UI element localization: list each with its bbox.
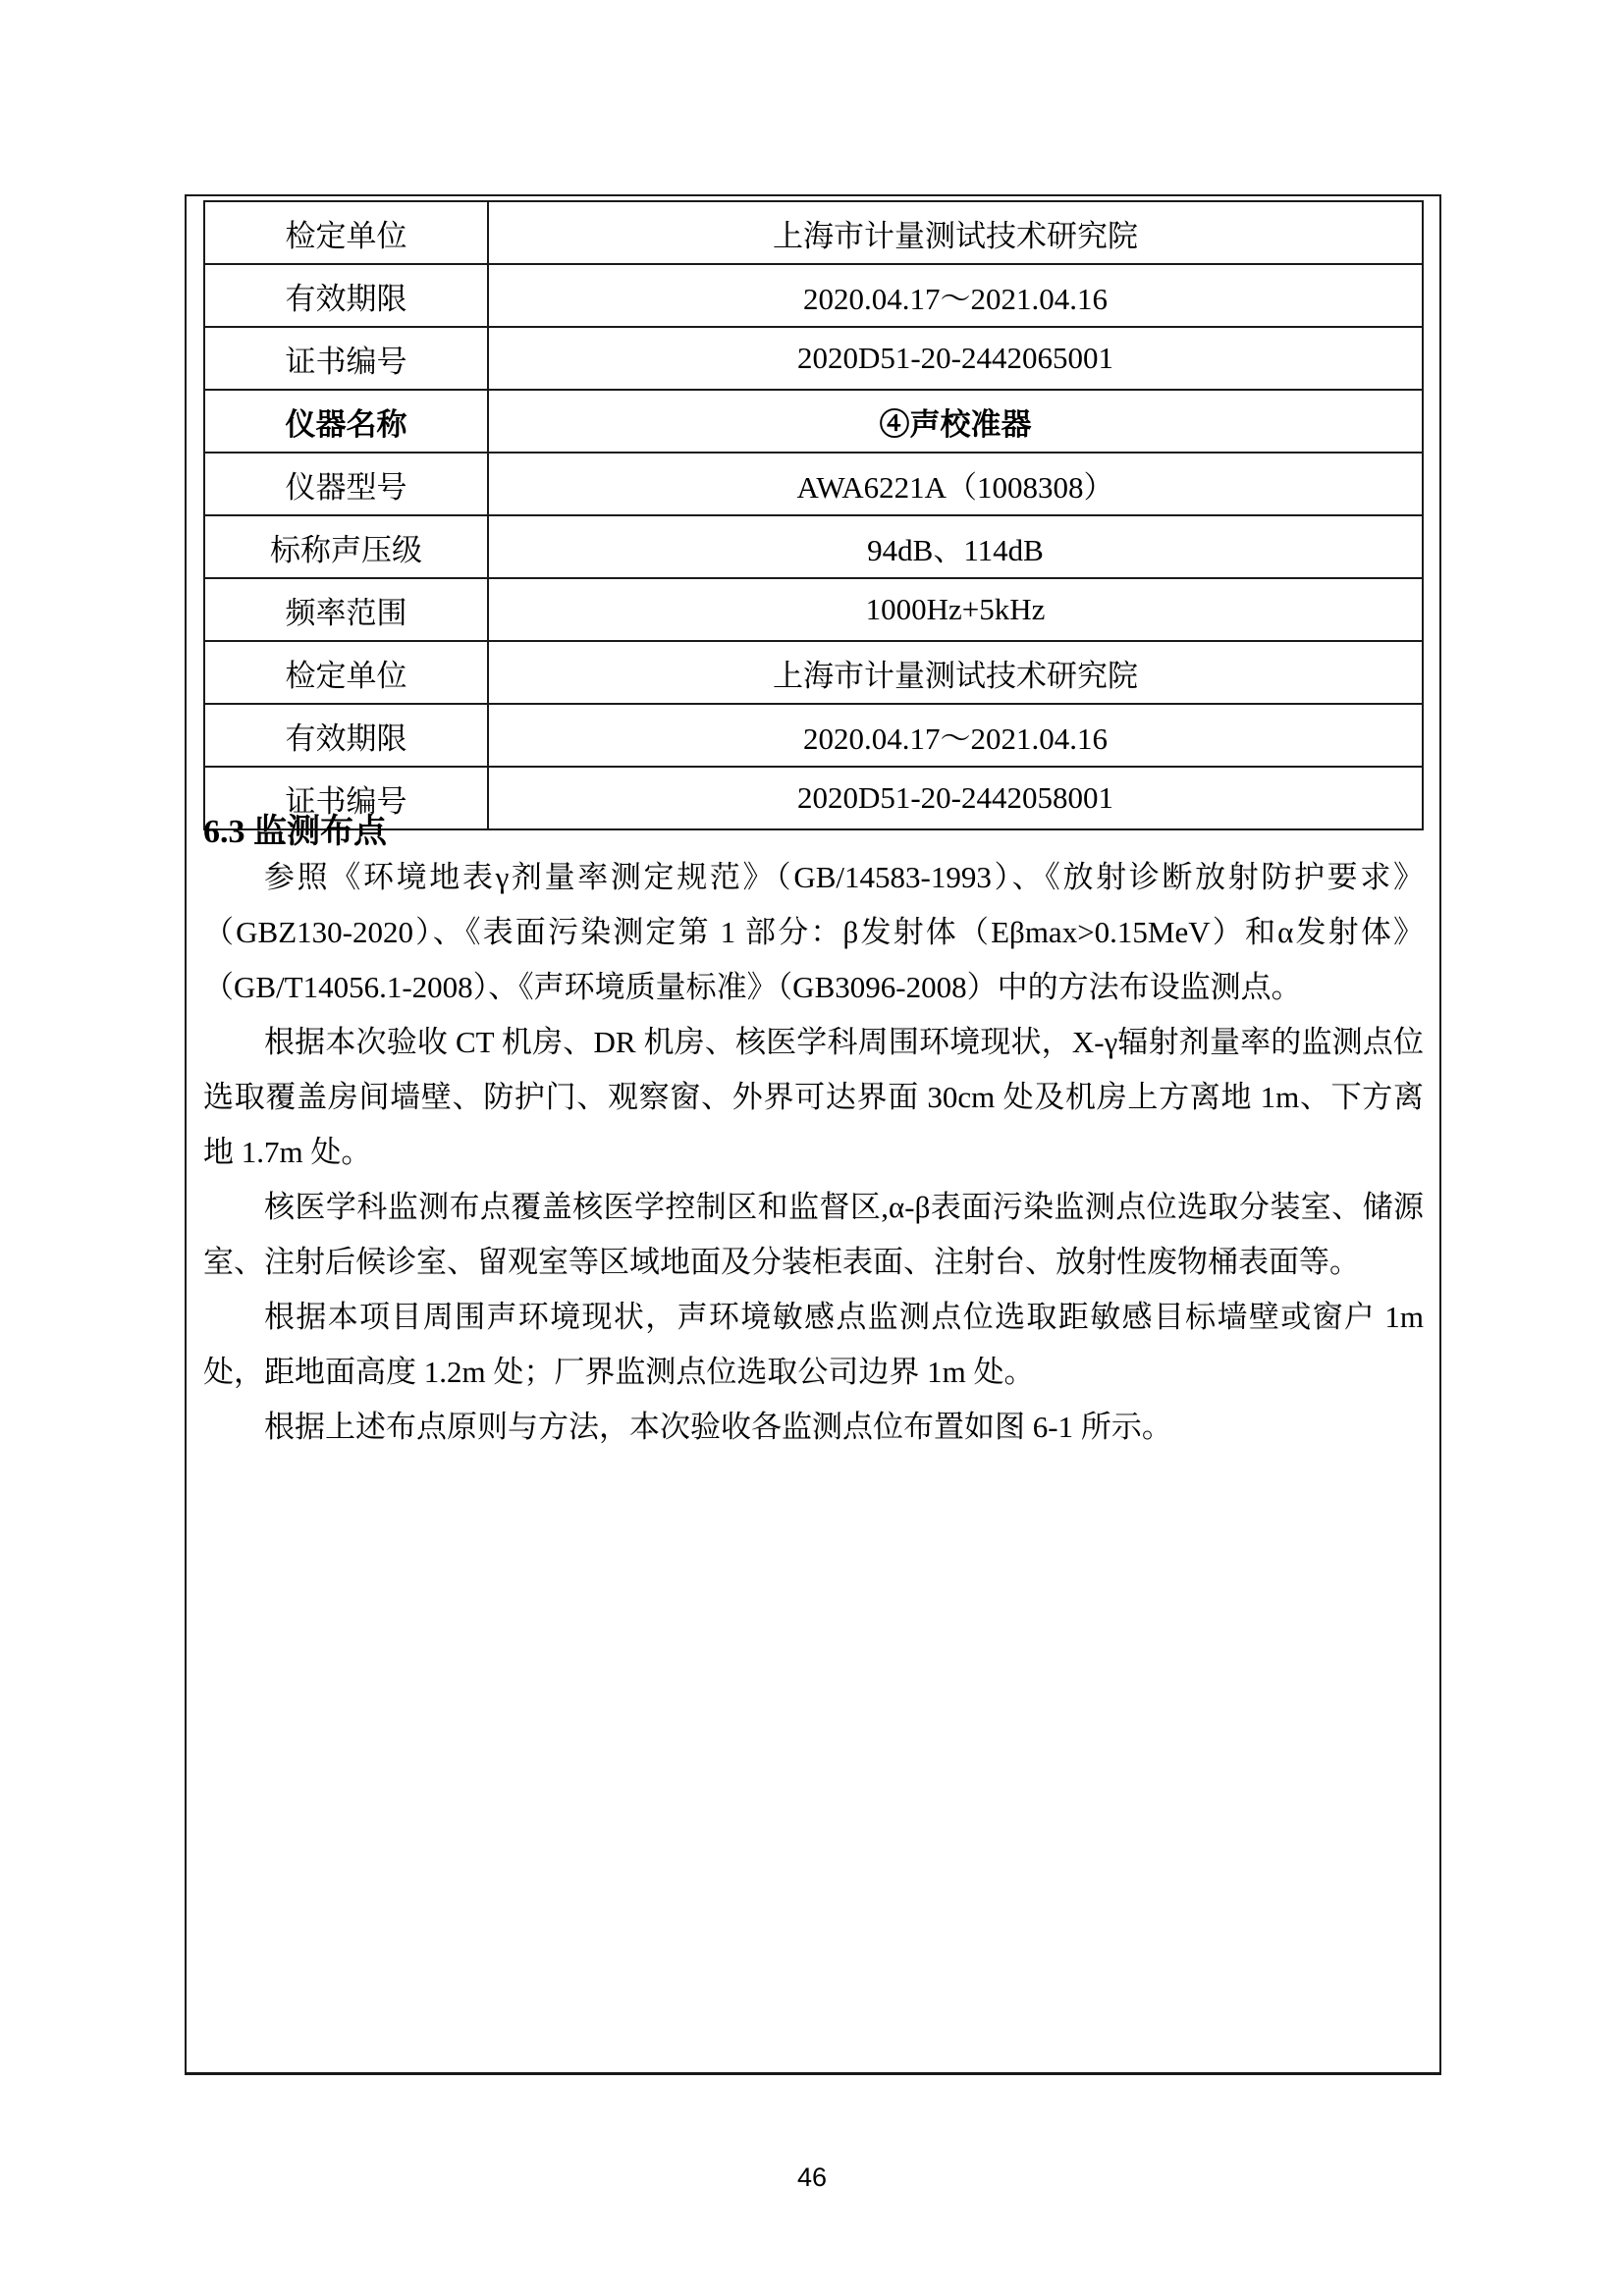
row-label-cell: 有效期限 xyxy=(204,704,488,767)
row-label-cell: 检定单位 xyxy=(204,201,488,264)
paragraph: 根据本次验收 CT 机房、DR 机房、核医学科周围环境现状，X-γ辐射剂量率的监… xyxy=(203,1015,1424,1180)
row-label-cell: 检定单位 xyxy=(204,641,488,704)
table-row: 检定单位 上海市计量测试技术研究院 xyxy=(204,201,1423,264)
section-heading: 6.3 监测布点 xyxy=(203,811,387,854)
paragraph: 根据上述布点原则与方法，本次验收各监测点位布置如图 6-1 所示。 xyxy=(203,1400,1424,1455)
table-row: 有效期限 2020.04.17～2021.04.16 xyxy=(204,704,1423,767)
row-value-cell: 上海市计量测试技术研究院 xyxy=(488,201,1423,264)
table-row: 频率范围 1000Hz+5kHz xyxy=(204,578,1423,641)
paragraph: 核医学科监测布点覆盖核医学控制区和监督区,α-β表面污染监测点位选取分装室、储源… xyxy=(203,1180,1424,1290)
table-row: 仪器名称 ④声校准器 xyxy=(204,390,1423,453)
row-value-cell: 94dB、114dB xyxy=(488,515,1423,578)
row-label-cell: 证书编号 xyxy=(204,327,488,390)
table-row: 证书编号 2020D51-20-2442058001 xyxy=(204,767,1423,829)
row-label-cell: 仪器名称 xyxy=(204,390,488,453)
section-body: 参照《环境地表γ剂量率测定规范》（GB/14583-1993）、《放射诊断放射防… xyxy=(203,850,1424,1455)
row-value-cell: 2020D51-20-2442058001 xyxy=(488,767,1423,829)
instrument-table: 检定单位 上海市计量测试技术研究院 有效期限 2020.04.17～2021.0… xyxy=(203,200,1424,830)
page-number: 46 xyxy=(0,2163,1624,2193)
row-value-cell: 2020.04.17～2021.04.16 xyxy=(488,264,1423,327)
row-label-cell: 仪器型号 xyxy=(204,453,488,515)
row-label-cell: 标称声压级 xyxy=(204,515,488,578)
table-row: 证书编号 2020D51-20-2442065001 xyxy=(204,327,1423,390)
paragraph: 根据本项目周围声环境现状，声环境敏感点监测点位选取距敏感目标墙壁或窗户 1m 处… xyxy=(203,1290,1424,1400)
table-row: 检定单位 上海市计量测试技术研究院 xyxy=(204,641,1423,704)
row-label-cell: 有效期限 xyxy=(204,264,488,327)
row-value-cell: 1000Hz+5kHz xyxy=(488,578,1423,641)
table-row: 有效期限 2020.04.17～2021.04.16 xyxy=(204,264,1423,327)
document-page: 检定单位 上海市计量测试技术研究院 有效期限 2020.04.17～2021.0… xyxy=(0,0,1624,2296)
paragraph: 参照《环境地表γ剂量率测定规范》（GB/14583-1993）、《放射诊断放射防… xyxy=(203,850,1424,1015)
row-label-cell: 频率范围 xyxy=(204,578,488,641)
row-value-cell: AWA6221A（1008308） xyxy=(488,453,1423,515)
table-row: 标称声压级 94dB、114dB xyxy=(204,515,1423,578)
row-value-cell: 2020.04.17～2021.04.16 xyxy=(488,704,1423,767)
row-value-cell: 上海市计量测试技术研究院 xyxy=(488,641,1423,704)
table-row: 仪器型号 AWA6221A（1008308） xyxy=(204,453,1423,515)
row-value-cell: ④声校准器 xyxy=(488,390,1423,453)
row-value-cell: 2020D51-20-2442065001 xyxy=(488,327,1423,390)
